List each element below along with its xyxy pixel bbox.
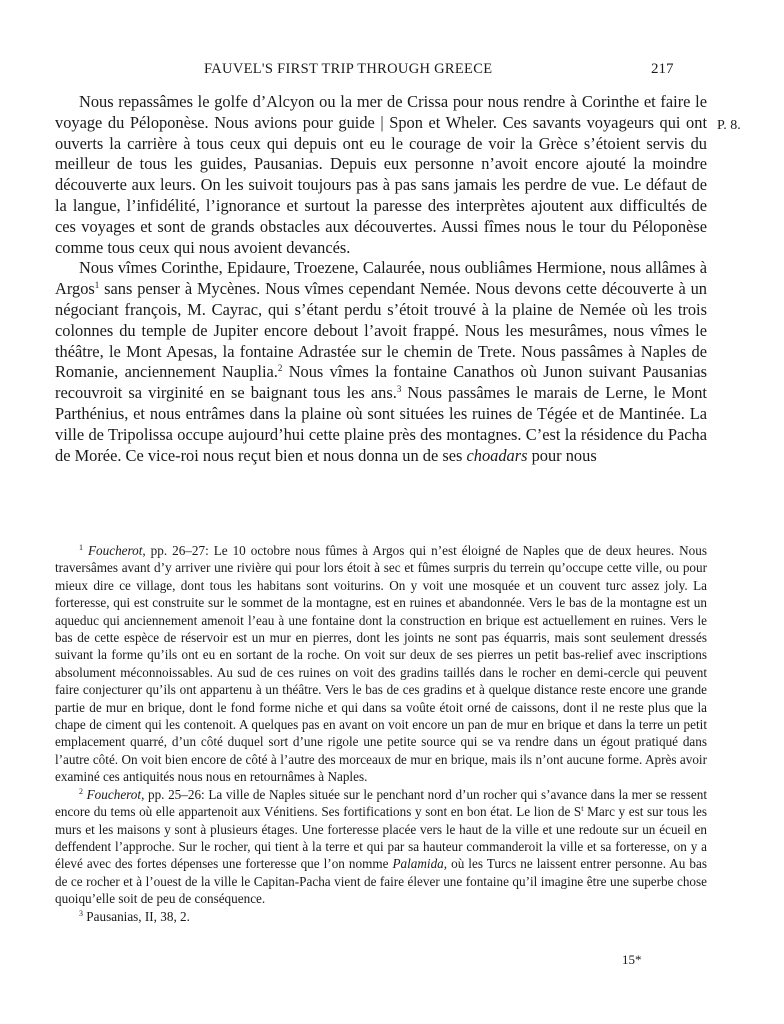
footnote-2-number: 2: [79, 787, 83, 796]
paragraph-1-text: Nous repassâmes le golfe d’Alcyon ou la …: [55, 92, 707, 257]
paragraph-1: Nous repassâmes le golfe d’Alcyon ou la …: [55, 92, 707, 258]
footnotes: 1 Foucherot, pp. 26–27: Le 10 octobre no…: [55, 542, 707, 925]
page-number: 217: [651, 61, 674, 78]
italic-term-palamida: Palamida: [392, 856, 443, 871]
running-head-title: FAUVEL'S FIRST TRIP THROUGH GREECE: [204, 61, 492, 78]
margin-page-reference: P. 8.: [717, 118, 741, 134]
footnote-1-author: Foucherot: [88, 543, 142, 558]
main-text: Nous repassâmes le golfe d’Alcyon ou la …: [55, 92, 707, 466]
footnote-2-author: Foucherot: [87, 787, 141, 802]
signature-mark: 15*: [622, 952, 642, 968]
footnote-2: 2 Foucherot, pp. 25–26: La ville de Napl…: [55, 786, 707, 908]
paragraph-2-text-e: pour nous: [528, 446, 597, 465]
footnote-1-text: , pp. 26–27: Le 10 octobre nous fûmes à …: [55, 543, 707, 784]
italic-term-choadars: choadars: [466, 446, 527, 465]
footnote-3-text: Pausanias, II, 38, 2.: [83, 909, 190, 924]
paragraph-2: Nous vîmes Corinthe, Epidaure, Troezene,…: [55, 258, 707, 466]
document-page: FAUVEL'S FIRST TRIP THROUGH GREECE 217 P…: [0, 0, 784, 1024]
footnote-1: 1 Foucherot, pp. 26–27: Le 10 octobre no…: [55, 542, 707, 786]
footnote-3: 3 Pausanias, II, 38, 2.: [55, 908, 707, 925]
footnote-1-number: 1: [79, 543, 83, 552]
